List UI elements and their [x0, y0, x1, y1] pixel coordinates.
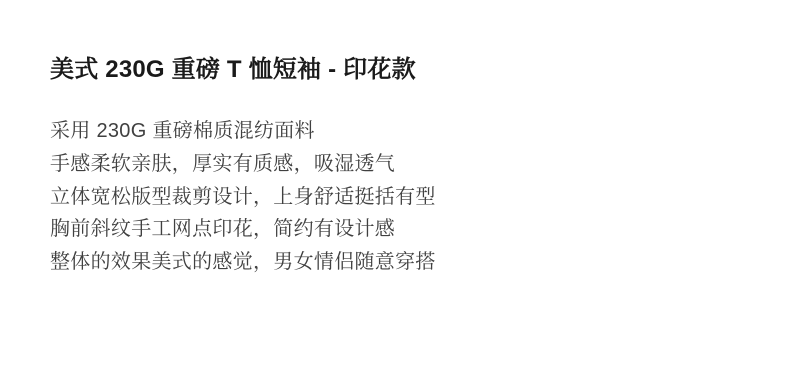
description-line: 采用 230G 重磅棉质混纺面料	[50, 115, 750, 148]
description-line: 整体的效果美式的感觉，男女情侣随意穿搭	[50, 246, 750, 279]
description-line: 手感柔软亲肤，厚实有质感，吸湿透气	[50, 148, 750, 181]
product-title: 美式 230G 重磅 T 恤短袖 - 印花款	[50, 54, 750, 85]
description-line: 立体宽松版型裁剪设计，上身舒适挺括有型	[50, 181, 750, 214]
description-line: 胸前斜纹手工网点印花，简约有设计感	[50, 213, 750, 246]
product-description: 采用 230G 重磅棉质混纺面料 手感柔软亲肤，厚实有质感，吸湿透气 立体宽松版…	[50, 115, 750, 279]
product-description-page: 美式 230G 重磅 T 恤短袖 - 印花款 采用 230G 重磅棉质混纺面料 …	[0, 0, 790, 365]
